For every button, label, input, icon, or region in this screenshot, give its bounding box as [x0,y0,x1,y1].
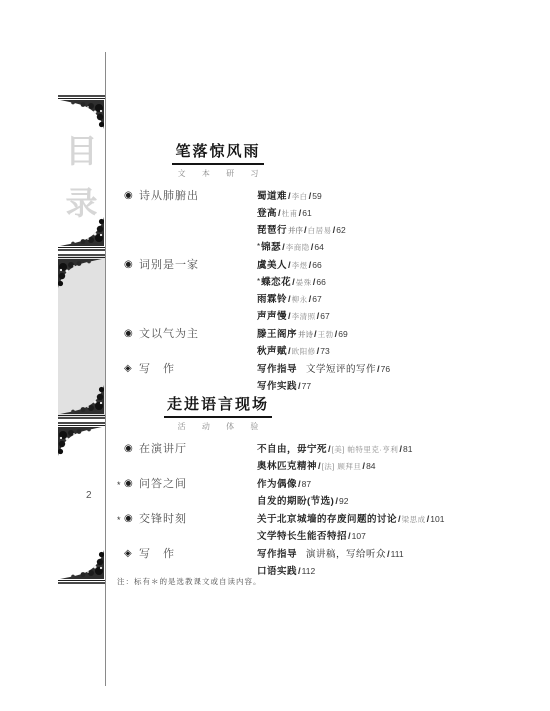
section-label: ◉词别是一家 [124,257,257,273]
entry-author: 李清照 [292,312,316,321]
toc-entry: 写作指导文学短评的写作/76 [257,361,540,378]
unit-subtitle: 文 本 研 习 [124,168,312,179]
entry-author: 欧阳修 [292,347,316,356]
separator: / [292,277,295,288]
toc-entry: 文学特长生能否特招/107 [257,528,540,545]
separator: / [399,444,402,455]
entry-page: 66 [316,277,325,287]
entry-page: 81 [403,444,412,454]
entry-page: 59 [312,191,321,201]
separator: / [362,461,365,472]
entry-text: 演讲稿，写给听众 [306,549,386,560]
separator: / [328,444,331,455]
section-entries: 写作指导文学短评的写作/76写作实践/77 [257,361,540,395]
separator: / [427,514,430,525]
entry-page: 66 [312,260,321,270]
entry-page: 107 [352,531,366,541]
toc-entry: 作为偶像/87 [257,476,540,493]
toc-section: ◈写 作写作指导文学短评的写作/76写作实践/77 [124,361,540,395]
toc-entry: 琵琶行并序/白居易/62 [257,222,540,239]
toc-section: *◉交锋时刻关于北京城墙的存废问题的讨论/梁思成/101文学特长生能否特招/10… [124,511,540,545]
entry-author: 柳永 [292,295,308,304]
double-bar [58,247,105,251]
entry-page: 101 [430,514,444,524]
entry-title: 文学特长生能否特招 [257,531,347,542]
entry-author: 梁思成 [402,515,426,524]
entry-author: 李商隐 [286,243,310,252]
sidebar-panel-bottom: 2 [58,422,105,584]
entry-page: 67 [312,294,321,304]
separator: / [288,260,291,271]
double-bar [58,254,105,258]
entry-title: 作为偶像 [257,479,297,490]
entry-page: 62 [336,225,345,235]
star-marker: * [257,277,260,286]
entry-author: [美] 帕特里克·亨利 [332,445,399,454]
toc-page: 目 录 2 笔落惊风雨文 本 研 习◉诗从肺腑出蜀道难/李白/59登高/杜甫/6… [0,0,550,711]
entry-title: 蝶恋花 [261,277,291,288]
separator: / [317,346,320,357]
corner-ornament-icon [60,550,104,579]
separator: / [309,191,312,202]
separator: / [288,346,291,357]
corner-ornament-icon [60,385,104,414]
entry-author: 李白 [292,192,308,201]
entry-subtitle: 并序 [288,226,303,235]
double-bar [58,95,105,99]
double-bar [58,415,105,419]
entry-author: 李煜 [292,261,308,270]
section-label: ◈写 作 [124,361,257,377]
entry-page: 112 [302,566,316,576]
section-title: 在演讲厅 [139,443,187,455]
section-label: ◉文以气为主 [124,326,257,342]
toc-entry: 写作指导演讲稿，写给听众/111 [257,546,540,563]
double-bar [58,422,105,426]
toc-entry: *蝶恋花/晏殊/66 [257,274,540,291]
star-marker: * [117,512,122,528]
separator: / [333,225,336,236]
unit-subtitle: 活 动 体 验 [124,421,312,432]
sidebar-title: 目 录 [58,135,105,219]
corner-ornament-icon [58,259,102,288]
toc-entry: 蜀道难/李白/59 [257,188,540,205]
entry-title: 秋声赋 [257,346,287,357]
separator: / [288,311,291,322]
entry-page: 64 [314,242,323,252]
unit-title: 走进语言现场 [164,393,272,418]
diamond-bullet-icon: ◈ [124,361,133,377]
toc-entry: 秋声赋/欧阳修/73 [257,343,540,360]
separator: / [314,329,317,340]
entry-page: 69 [338,329,347,339]
toc-entry: *锦瑟/李商隐/64 [257,239,540,256]
entry-title: 写作指导 [257,549,297,560]
entry-page: 73 [320,346,329,356]
circle-bullet-icon: ◉ [124,188,134,204]
separator: / [299,208,302,219]
separator: / [298,479,301,490]
toc-section: *◉问答之间作为偶像/87自发的期盼(节选)/92 [124,476,540,510]
entry-title: 不自由，毋宁死 [257,444,327,455]
separator: / [309,260,312,271]
entry-title: 虞美人 [257,260,287,271]
separator: / [278,208,281,219]
separator: / [309,294,312,305]
separator: / [398,514,401,525]
entry-title: 雨霖铃 [257,294,287,305]
section-entries: 蜀道难/李白/59登高/杜甫/61琵琶行并序/白居易/62*锦瑟/李商隐/64 [257,188,540,256]
toc-entry: 登高/杜甫/61 [257,205,540,222]
sidebar-panel-middle [58,254,105,419]
entry-author: 王勃 [318,330,334,339]
section-entries: 作为偶像/87自发的期盼(节选)/92 [257,476,540,510]
section-entries: 写作指导演讲稿，写给听众/111口语实践/112 [257,546,540,580]
page-rule-line [105,52,106,686]
toc-section: ◉文以气为主滕王阁序并诗/王勃/69秋声赋/欧阳修/73 [124,326,540,360]
entry-page: 61 [302,208,311,218]
entry-page: 92 [339,496,348,506]
circle-bullet-icon: ◉ [124,257,134,273]
section-entries: 不自由，毋宁死/[美] 帕特里克·亨利/81奥林匹克精神/[法] 顾拜旦/84 [257,441,540,475]
toc-entry: 虞美人/李煜/66 [257,257,540,274]
entry-text: 文学短评的写作 [306,364,376,375]
double-bar [58,580,105,584]
separator: / [298,381,301,392]
toc-section: ◉诗从肺腑出蜀道难/李白/59登高/杜甫/61琵琶行并序/白居易/62*锦瑟/李… [124,188,540,256]
separator: / [282,242,285,253]
unit-header: 走进语言现场活 动 体 验 [124,393,312,432]
entry-title: 奥林匹克精神 [257,461,317,472]
entry-page: 76 [381,364,390,374]
section-title: 文以气为主 [139,328,199,340]
section-label: ◈写 作 [124,546,257,562]
toc-entry: 雨霖铃/柳永/67 [257,291,540,308]
star-marker: * [257,242,260,251]
entry-author: 白居易 [308,226,332,235]
toc-entry: 口语实践/112 [257,563,540,580]
entry-title: 写作实践 [257,381,297,392]
entry-title: 登高 [257,208,277,219]
circle-bullet-icon: ◉ [124,326,134,342]
corner-ornament-icon [58,427,102,456]
entry-author: 晏殊 [296,278,312,287]
section-label: ◉诗从肺腑出 [124,188,257,204]
separator: / [288,191,291,202]
section-title: 问答之间 [139,478,187,490]
page-number: 2 [86,490,92,501]
unit-1: 笔落惊风雨文 本 研 习◉诗从肺腑出蜀道难/李白/59登高/杜甫/61琵琶行并序… [124,140,540,396]
section-title: 诗从肺腑出 [139,190,199,202]
entry-title: 关于北京城墙的存废问题的讨论 [257,514,397,525]
section-title: 词别是一家 [139,259,199,271]
toc-entry: 不自由，毋宁死/[美] 帕特里克·亨利/81 [257,441,540,458]
section-entries: 虞美人/李煜/66*蝶恋花/晏殊/66雨霖铃/柳永/67声声慢/李清照/67 [257,257,540,325]
sidebar-panel-top: 目 录 [58,95,105,251]
toc-section: ◉词别是一家虞美人/李煜/66*蝶恋花/晏殊/66雨霖铃/柳永/67声声慢/李清… [124,257,540,325]
section-label: ◉在演讲厅 [124,441,257,457]
footnote: 注：标有＊的是选教课文或自读内容。 [117,576,262,587]
separator: / [335,496,338,507]
toc-entry: 声声慢/李清照/67 [257,308,540,325]
entry-page: 67 [320,311,329,321]
circle-bullet-icon: ◉ [124,476,134,492]
entry-title: 自发的期盼(节选) [257,496,334,507]
toc-section: ◈写 作写作指导演讲稿，写给听众/111口语实践/112 [124,546,540,580]
corner-ornament-icon [60,100,104,129]
separator: / [298,566,301,577]
toc-entry: 滕王阁序并诗/王勃/69 [257,326,540,343]
section-title: 交锋时刻 [139,513,187,525]
separator: / [304,225,307,236]
section-title: 写 作 [139,363,175,375]
sidebar-title-char: 录 [65,187,97,219]
section-label: *◉问答之间 [124,476,257,492]
unit-2: 走进语言现场活 动 体 验◉在演讲厅不自由，毋宁死/[美] 帕特里克·亨利/81… [124,393,540,581]
separator: / [377,364,380,375]
sidebar-title-char: 目 [65,135,97,167]
unit-title: 笔落惊风雨 [172,140,263,165]
corner-ornament-icon [60,217,104,246]
entry-page: 111 [391,549,404,559]
entry-title: 蜀道难 [257,191,287,202]
circle-bullet-icon: ◉ [124,441,134,457]
entry-subtitle: 并诗 [298,330,313,339]
entry-page: 87 [302,479,311,489]
entry-author: 杜甫 [282,209,298,218]
toc-section: ◉在演讲厅不自由，毋宁死/[美] 帕特里克·亨利/81奥林匹克精神/[法] 顾拜… [124,441,540,475]
entry-author: [法] 顾拜旦 [322,462,362,471]
entry-title: 声声慢 [257,311,287,322]
entry-title: 口语实践 [257,566,297,577]
unit-header: 笔落惊风雨文 本 研 习 [124,140,312,179]
entry-title: 琵琶行 [257,225,287,236]
section-label: *◉交锋时刻 [124,511,257,527]
separator: / [335,329,338,340]
entry-title: 滕王阁序 [257,329,297,340]
separator: / [348,531,351,542]
separator: / [387,549,390,560]
section-entries: 滕王阁序并诗/王勃/69秋声赋/欧阳修/73 [257,326,540,360]
entry-title: 写作指导 [257,364,297,375]
toc-entry: 自发的期盼(节选)/92 [257,493,540,510]
entry-title: 锦瑟 [261,242,281,253]
entry-page: 84 [366,461,375,471]
entry-page: 77 [302,381,311,391]
separator: / [317,311,320,322]
separator: / [318,461,321,472]
toc-entry: 关于北京城墙的存废问题的讨论/梁思成/101 [257,511,540,528]
diamond-bullet-icon: ◈ [124,546,133,562]
section-entries: 关于北京城墙的存废问题的讨论/梁思成/101文学特长生能否特招/107 [257,511,540,545]
section-title: 写 作 [139,548,175,560]
separator: / [288,294,291,305]
circle-bullet-icon: ◉ [124,511,134,527]
star-marker: * [117,477,122,493]
toc-entry: 奥林匹克精神/[法] 顾拜旦/84 [257,458,540,475]
